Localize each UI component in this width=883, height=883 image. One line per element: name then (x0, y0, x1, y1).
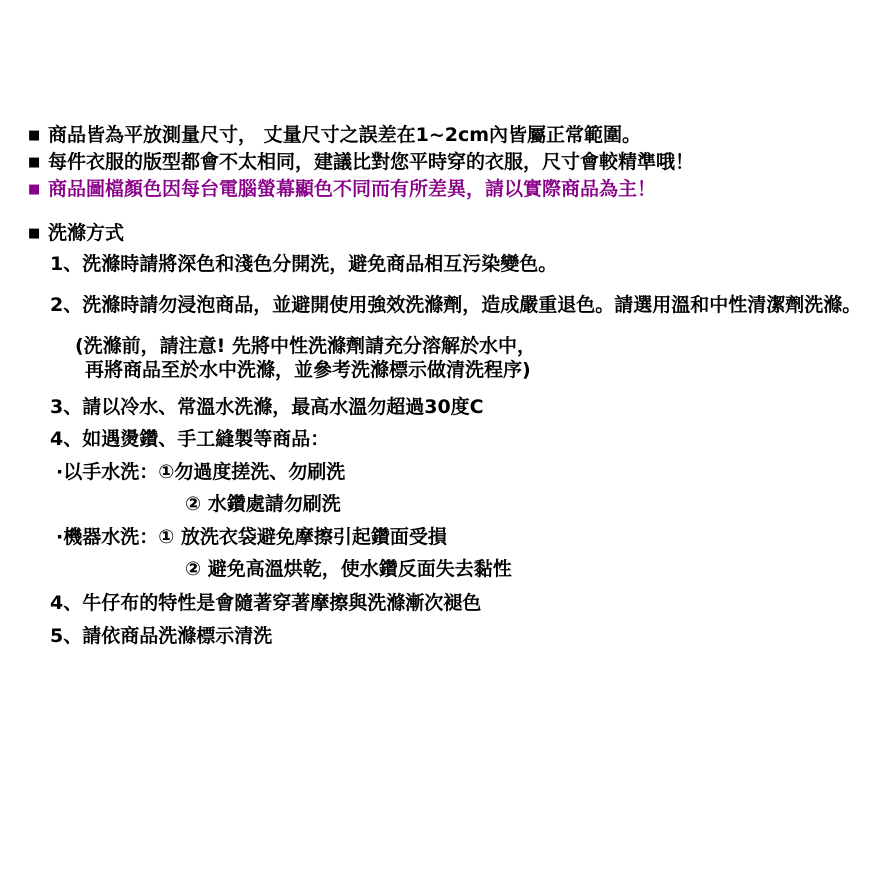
square-bullet-icon: ■ (28, 122, 48, 149)
hand-wash-instruction-line-2: ② 水鑽處請勿刷洗 (185, 491, 883, 518)
care-instructions-document: ■ 商品皆為平放測量尺寸， 丈量尺寸之誤差在1~2cm內皆屬正常範圍。 ■ 每件… (0, 0, 883, 650)
color-disclaimer-note: ■ 商品圖檔顏色因每台電腦螢幕顯色不同而有所差異，請以實際商品為主！ (28, 176, 883, 203)
square-bullet-icon: ■ (28, 220, 48, 247)
color-disclaimer-note-text: 商品圖檔顏色因每台電腦螢幕顯色不同而有所差異，請以實際商品為主！ (48, 176, 656, 203)
washing-step-1: 1、洗滌時請將深色和淺色分開洗，避免商品相互污染變色。 (50, 251, 883, 278)
denim-fading-note: 4、牛仔布的特性是會隨著穿著摩擦與洗滌漸次褪色 (50, 590, 883, 617)
square-bullet-icon: ■ (28, 176, 48, 203)
care-label-note: 5、請依商品洗滌標示清洗 (50, 623, 883, 650)
measurement-note-1: ■ 商品皆為平放測量尺寸， 丈量尺寸之誤差在1~2cm內皆屬正常範圍。 (28, 122, 883, 149)
washing-step-2-note-line-2: 再將商品至於水中洗滌，並參考洗滌標示做清洗程序) (85, 358, 883, 382)
hand-wash-instruction-line-1: ·以手水洗：①勿過度搓洗、勿刷洗 (56, 459, 883, 486)
washing-section-title: 洗滌方式 (48, 220, 124, 247)
square-bullet-icon: ■ (28, 149, 48, 176)
washing-step-2-note-line-1: (洗滌前，請注意! 先將中性洗滌劑請充分溶解於水中， (75, 334, 883, 358)
washing-step-2: 2、洗滌時請勿浸泡商品，並避開使用強效洗滌劑，造成嚴重退色。請選用溫和中性清潔劑… (50, 292, 883, 319)
measurement-note-2-text: 每件衣服的版型都會不太相同，建議比對您平時穿的衣服，尺寸會較精準哦！ (48, 149, 694, 176)
washing-step-3: 3、請以冷水、常溫水洗滌，最高水溫勿超過30度C (50, 394, 883, 421)
washing-section-title-row: ■ 洗滌方式 (28, 220, 883, 247)
measurement-note-1-text: 商品皆為平放測量尺寸， 丈量尺寸之誤差在1~2cm內皆屬正常範圍。 (48, 122, 641, 149)
washing-step-4: 4、如遇燙鑽、手工縫製等商品： (50, 426, 883, 453)
machine-wash-instruction-line-2: ② 避免高溫烘乾，使水鑽反面失去黏性 (185, 556, 883, 583)
measurement-note-2: ■ 每件衣服的版型都會不太相同，建議比對您平時穿的衣服，尺寸會較精準哦！ (28, 149, 883, 176)
machine-wash-instruction-line-1: ·機器水洗：① 放洗衣袋避免摩擦引起鑽面受損 (56, 524, 883, 551)
